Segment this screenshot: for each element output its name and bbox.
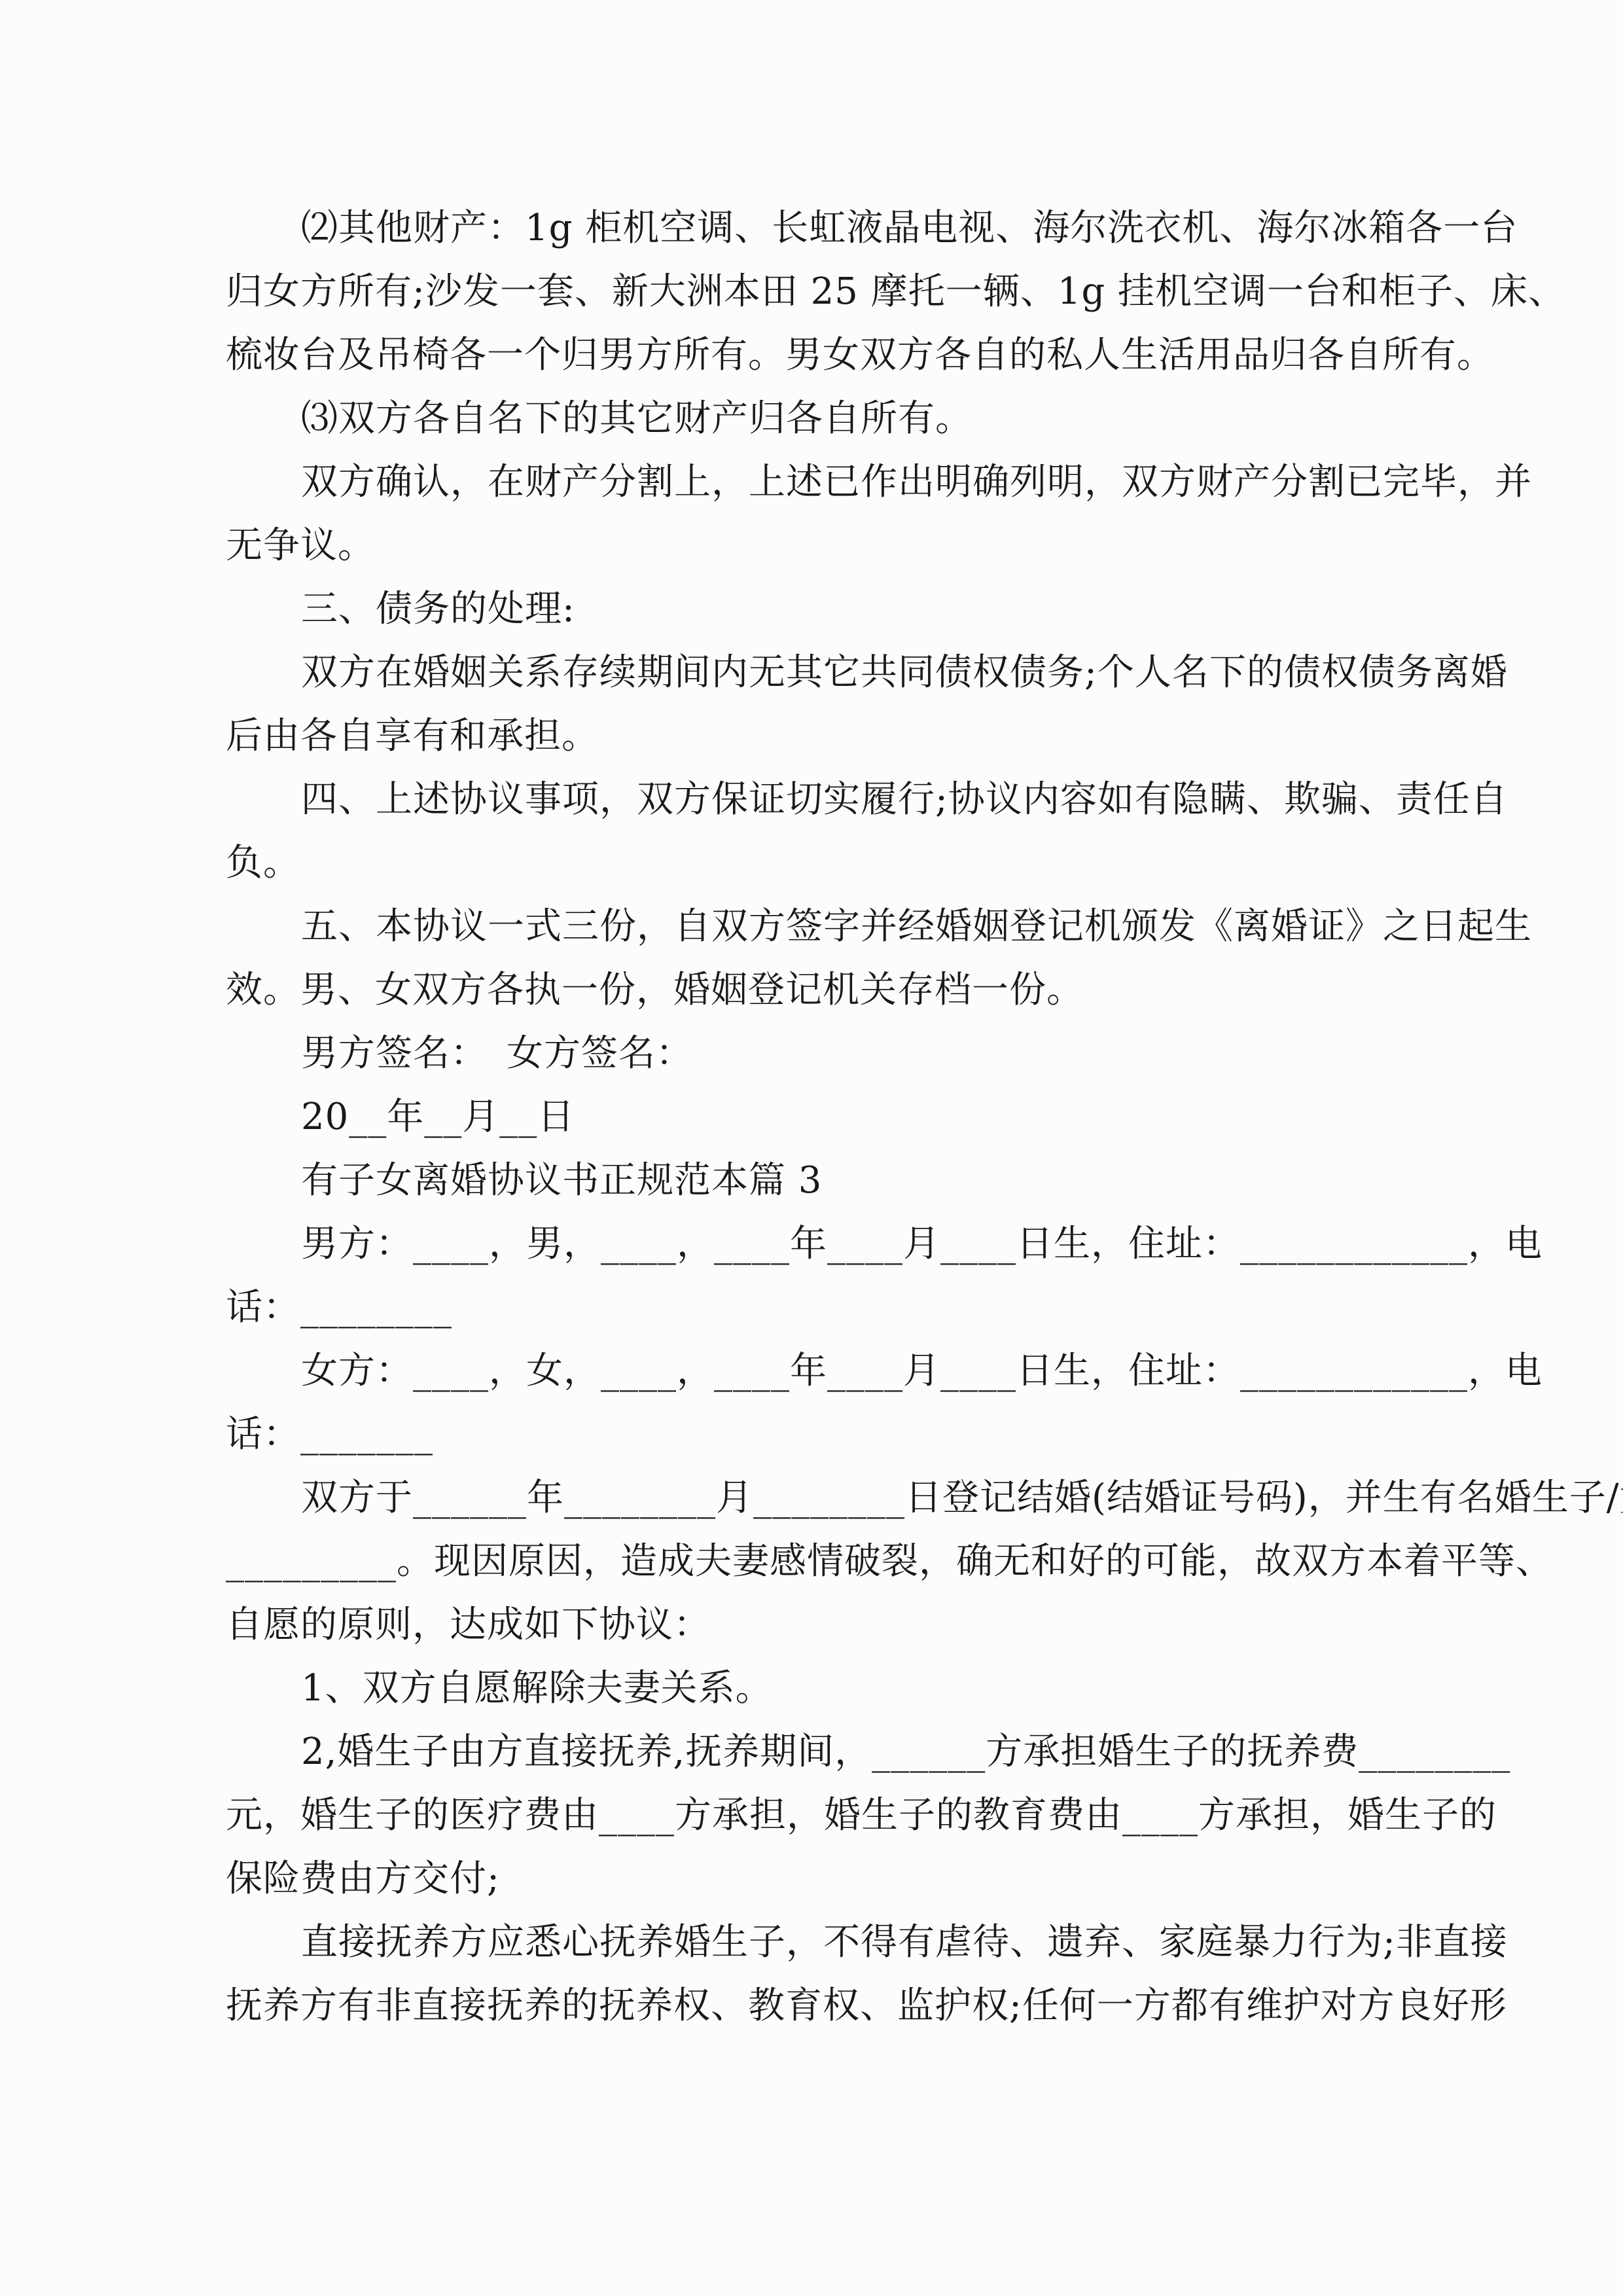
text-line: 抚养方有非直接抚养的抚养权、教育权、监护权;任何一方都有维护对方良好形 [226, 1974, 1400, 2037]
text-line: ⑵其他财产：1g 柜机空调、长虹液晶电视、海尔洗衣机、海尔冰箱各一台 [226, 196, 1400, 260]
text-line: 1、双方自愿解除夫妻关系。 [226, 1657, 1400, 1720]
text-line: 负。 [226, 831, 1400, 895]
text-line: 双方于______年________月________日登记结婚(结婚证号码)，… [226, 1466, 1400, 1530]
text-line: 归女方所有;沙发一套、新大洲本田 25 摩托一辆、1g 挂机空调一台和柜子、床、 [226, 260, 1400, 323]
text-line: 后由各自享有和承担。 [226, 704, 1400, 768]
text-line: _________。现因原因，造成夫妻感情破裂，确无和好的可能，故双方本着平等、 [226, 1530, 1400, 1593]
text-line: 话：________ [226, 1276, 1400, 1339]
text-line: 自愿的原则，达成如下协议： [226, 1593, 1400, 1657]
text-line: 效。男、女双方各执一份，婚姻登记机关存档一份。 [226, 958, 1400, 1022]
text-line: 2,婚生子由方直接抚养,抚养期间，______方承担婚生子的抚养费_______… [226, 1720, 1400, 1784]
text-line: 男方：____，男，____，____年____月____日生，住址：_____… [226, 1212, 1400, 1276]
document-body: ⑵其他财产：1g 柜机空调、长虹液晶电视、海尔洗衣机、海尔冰箱各一台归女方所有;… [226, 196, 1400, 2037]
text-line: 元，婚生子的医疗费由____方承担，婚生子的教育费由____方承担，婚生子的 [226, 1784, 1400, 1847]
text-line: 无争议。 [226, 514, 1400, 577]
text-line: 双方在婚姻关系存续期间内无其它共同债权债务;个人名下的债权债务离婚 [226, 641, 1400, 704]
text-line: 四、上述协议事项，双方保证切实履行;协议内容如有隐瞒、欺骗、责任自 [226, 768, 1400, 831]
text-line: 女方：____，女，____，____年____月____日生，住址：_____… [226, 1339, 1400, 1403]
text-line: 直接抚养方应悉心抚养婚生子，不得有虐待、遗弃、家庭暴力行为;非直接 [226, 1910, 1400, 1974]
text-line: 五、本协议一式三份，自双方签字并经婚姻登记机颁发《离婚证》之日起生 [226, 895, 1400, 958]
text-line: 三、债务的处理: [226, 577, 1400, 641]
section-heading: 有子女离婚协议书正规范本篇 3 [226, 1149, 1400, 1212]
text-line: 话：_______ [226, 1403, 1400, 1466]
text-line: 男方签名： 女方签名： [226, 1022, 1400, 1085]
text-line: ⑶双方各自名下的其它财产归各自所有。 [226, 387, 1400, 450]
text-line: 保险费由方交付; [226, 1847, 1400, 1910]
text-line: 梳妆台及吊椅各一个归男方所有。男女双方各自的私人生活用品归各自所有。 [226, 323, 1400, 387]
text-line: 20__年__月__日 [226, 1085, 1400, 1149]
text-line: 双方确认，在财产分割上，上述已作出明确列明，双方财产分割已完毕，并 [226, 450, 1400, 514]
document-page: ⑵其他财产：1g 柜机空调、长虹液晶电视、海尔洗衣机、海尔冰箱各一台归女方所有;… [226, 196, 1400, 2037]
